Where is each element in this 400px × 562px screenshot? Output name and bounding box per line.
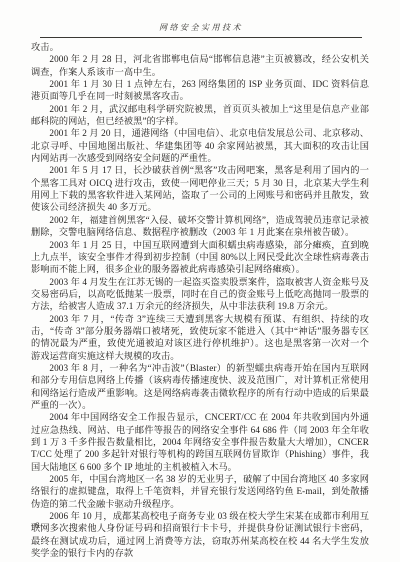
paragraph: 2003 年 4 月发生在江苏无锡的一起盗买盗卖股票案件，盗取被害人资金账号及交… — [31, 276, 369, 313]
paragraph: 2001 年 5 月 17 日，长沙破获首例“黑客”攻击网吧案，黑客是利用了国内… — [31, 164, 369, 213]
paragraph: 2006 年 10 月，成都某高校电子商务专业 03 级在校大学生宋某在成都市利… — [31, 510, 369, 559]
paragraph: 2001 年 2 月 20 日，通港网络（中国电信）、北京电信发展总公司、北京移… — [31, 127, 369, 164]
paragraph: 2005 年，中国台湾地区一名 38 岁的无业男子，破解了中国台湾地区 40 多… — [31, 473, 369, 510]
paragraph: 2001 年 1 月 30 日 1 点钟左右，263 网络集团的 ISP 业务页… — [31, 78, 369, 103]
paragraph: 2003 年 8 月，一种名为“冲击波”（Blaster）的新型蠕虫病毒开始在国… — [31, 362, 369, 411]
paragraph: 2003 年 7 月，“传奇 3”连续三天遭到黑客大规模有预谋、有组织、持续的攻… — [31, 313, 369, 362]
paragraph: 2001 年 2 月，武汉邮电科学研究院被黑，首页页头被加上“这里是信息产业部邮… — [31, 103, 369, 128]
paragraph: 2004 年中国网络安全工作报告显示，CNCERT/CC 在 2004 年共收到… — [31, 411, 369, 473]
page-body: 攻击。 2000 年 2 月 28 日，河北省邯郸电信局“邯郸信息港”主页被篡改… — [31, 41, 369, 559]
paragraph: 2003 年 1 月 25 日，中国互联网遭到大面积蠕虫病毒感染，部分瘫痪，直到… — [31, 239, 369, 276]
page-number: -6- — [31, 520, 44, 530]
paragraph-continuation: 攻击。 — [31, 41, 369, 53]
paragraph: 2002 年，福建首例黑客“入侵、破坏交警计算机网络”，造成驾驶员违章记录被删除… — [31, 214, 369, 239]
running-header-title: 网络安全实用技术 — [40, 22, 362, 38]
paragraph: 2000 年 2 月 28 日，河北省邯郸电信局“邯郸信息港”主页被篡改，经公安… — [31, 53, 369, 78]
document-page: 网络安全实用技术 攻击。 2000 年 2 月 28 日，河北省邯郸电信局“邯郸… — [0, 0, 400, 562]
